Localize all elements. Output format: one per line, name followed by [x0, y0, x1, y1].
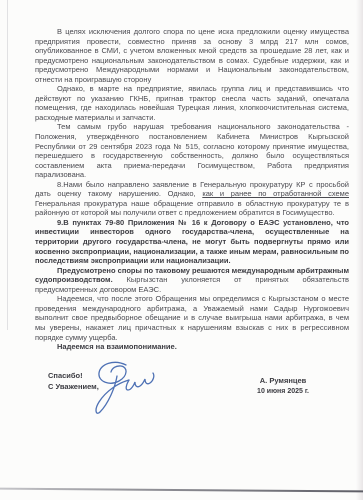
- letter-paragraph: Тем самым грубо нарушая требования нацио…: [35, 122, 349, 179]
- letter-paragraph: Надеемся, что после этого Обращения мы о…: [35, 294, 349, 342]
- letter-paragraph: 9.В пунктах 79-80 Приложения № 16 к Дого…: [35, 218, 349, 266]
- scanned-letter-page: В целях исключения долгого спора по цене…: [0, 0, 363, 500]
- letter-date: 10 июня 2025 г.: [257, 387, 309, 398]
- paragraph-text: Надеемся, что после этого Обращения мы о…: [35, 294, 349, 341]
- letter-paragraph: В целях исключения долгого спора по цене…: [35, 27, 349, 84]
- closing-right: А. Румянцев 10 июня 2025 г.: [257, 376, 309, 397]
- paragraph-text: Однако, в марте на предприятие, явилась …: [35, 84, 349, 122]
- paragraph-text: Надеемся на взаимопонимание.: [57, 342, 177, 351]
- letter-paragraph: Однако, в марте на предприятие, явилась …: [35, 84, 349, 122]
- scan-bottom-edge: [0, 488, 363, 493]
- signatory-name: А. Румянцев: [257, 376, 309, 387]
- thanks-line: Спасибо!: [48, 371, 99, 382]
- paragraph-text: Тем самым грубо нарушая требования нацио…: [35, 122, 349, 179]
- paper-right-edge: [356, 0, 363, 500]
- letter-paragraph: 8.Нами было направлено заявление в Генер…: [35, 180, 349, 218]
- letter-paragraph: Предусмотрено споры по таковому решаются…: [35, 266, 349, 295]
- underlined-phrase: как и ранее по отработанной схеме: [202, 189, 349, 198]
- closing-block: Спасибо! С Уважением, А. Румянцев 10 июн…: [35, 371, 349, 397]
- paragraph-text: Генеральная прокуратура наше обращение о…: [35, 199, 349, 218]
- closing-left: Спасибо! С Уважением,: [48, 371, 99, 397]
- paragraph-text: 9.В пунктах 79-80 Приложения № 16 к Дого…: [35, 218, 349, 265]
- paragraph-text: В целях исключения долгого спора по цене…: [35, 27, 349, 84]
- paper-left-edge: [7, 0, 8, 330]
- letter-body: В целях исключения долгого спора по цене…: [35, 27, 349, 352]
- regards-line: С Уважением,: [48, 382, 99, 393]
- letter-paragraph: Надеемся на взаимопонимание.: [35, 342, 349, 352]
